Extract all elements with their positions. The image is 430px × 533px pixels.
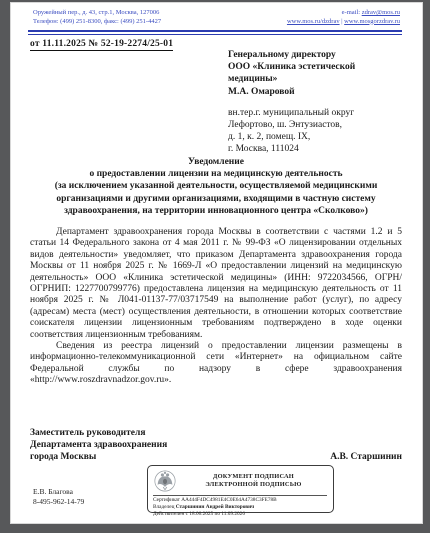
recipient-address-line: Лефортово, ш. Энтузиастов, xyxy=(228,119,408,131)
scanned-letter: Оружейный пер., д. 43, стр.1, Москва, 12… xyxy=(0,0,430,533)
e-signature-stamp: ДОКУМЕНТ ПОДПИСАН ЭЛЕКТРОННОЙ ПОДПИСЬЮ С… xyxy=(147,465,334,513)
site-link-mosgorzdrav[interactable]: www.mosgorzdrav.ru xyxy=(344,18,400,25)
site-link-dzdrav[interactable]: www.mos.ru/dzdrav xyxy=(287,18,340,25)
outgoing-reference: от 11.11.2025 № 52-19-2274/25-01 xyxy=(30,39,173,51)
body-paragraph-1: Департамент здравоохранения города Москв… xyxy=(30,227,402,341)
email-link[interactable]: zdrav@mos.ru xyxy=(362,9,400,16)
executor-block: Е.В. Благова 8-495-962-14-79 xyxy=(33,487,84,507)
certificate-value: AA444F4DC4981E4C0E64A4738C3FE78B xyxy=(181,497,276,503)
recipient-line: медицины» xyxy=(228,73,408,85)
recipient-line: ООО «Клиника эстетической xyxy=(228,61,408,73)
body-paragraph-2-close: ». xyxy=(164,375,171,385)
letterhead-contacts: Оружейный пер., д. 43, стр.1, Москва, 12… xyxy=(33,9,161,26)
letterhead-double-rule xyxy=(28,30,402,35)
title-line-3: (за исключением указанной деятельности, … xyxy=(30,180,402,217)
letterhead-phone: Телефон: (499) 251-8300, факс: (499) 251… xyxy=(33,18,161,27)
owner-value: Старшинин Андрей Викторович xyxy=(176,504,254,510)
letterhead-address: Оружейный пер., д. 43, стр.1, Москва, 12… xyxy=(33,9,161,18)
stamp-title-line-2: ЭЛЕКТРОННОЙ ПОДПИСЬЮ xyxy=(180,481,327,489)
document-title: Уведомление о предоставлении лицензии на… xyxy=(30,156,402,217)
executor-name: Е.В. Благова xyxy=(33,487,84,497)
stamp-title: ДОКУМЕНТ ПОДПИСАН ЭЛЕКТРОННОЙ ПОДПИСЬЮ xyxy=(180,473,327,489)
executor-phone: 8-495-962-14-79 xyxy=(33,497,84,507)
roszdravnadzor-link[interactable]: http://www.roszdravnadzor.gov.ru xyxy=(35,375,164,385)
signer-position-line: города Москвы xyxy=(30,451,167,463)
recipient-block: Генеральному директору ООО «Клиника эсте… xyxy=(228,49,408,156)
stamp-validity: Действителен с 18.06.2025 по 11.09.2026 xyxy=(153,511,327,518)
recipient-address-line: д. 1, к. 2, помещ. IX, xyxy=(228,131,408,143)
recipient-address-line: г. Москва, 111024 xyxy=(228,143,408,155)
double-eagle-emblem-icon xyxy=(153,469,177,493)
body-paragraph-2: Сведения из реестра лицензий о предостав… xyxy=(30,341,402,387)
email-label: e-mail: xyxy=(342,9,362,16)
signer-position-line: Департамента здравоохранения xyxy=(30,439,167,451)
stamp-title-line-1: ДОКУМЕНТ ПОДПИСАН xyxy=(180,473,327,481)
signer-position-line: Заместитель руководителя xyxy=(30,427,167,439)
signer-name: А.В. Старшинин xyxy=(330,451,402,463)
stamp-divider xyxy=(153,495,327,496)
recipient-line: М.А. Омаровой xyxy=(228,86,408,98)
letterhead-web: e-mail: zdrav@mos.ru www.mos.ru/dzdrav |… xyxy=(287,9,400,26)
certificate-label: Сертификат xyxy=(153,497,181,503)
stamp-certificate: Сертификат AA444F4DC4981E4C0E64A4738C3FE… xyxy=(153,497,327,504)
owner-label: Владелец xyxy=(153,504,176,510)
title-line-1: Уведомление xyxy=(30,156,402,168)
signer-position: Заместитель руководителя Департамента зд… xyxy=(30,427,167,464)
recipient-address-line: вн.тер.г. муниципальный округ xyxy=(228,107,408,119)
letter-body: Департамент здравоохранения города Москв… xyxy=(30,227,402,387)
stamp-owner: Владелец Старшинин Андрей Викторович xyxy=(153,504,327,511)
title-line-2: о предоставлении лицензии на медицинскую… xyxy=(30,168,402,180)
letterhead: Оружейный пер., д. 43, стр.1, Москва, 12… xyxy=(33,9,400,26)
recipient-line: Генеральному директору xyxy=(228,49,408,61)
signature-block: Заместитель руководителя Департамента зд… xyxy=(30,427,402,464)
